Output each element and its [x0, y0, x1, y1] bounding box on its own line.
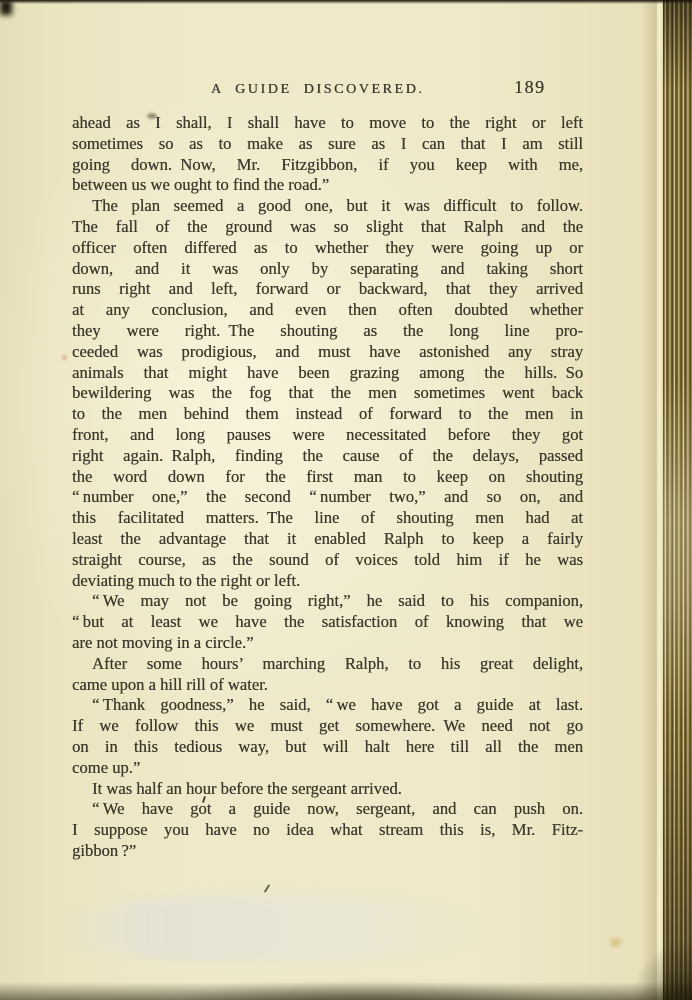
text-line: It was half an hour before the sergeant … [72, 779, 583, 800]
text-line: at any conclusion, and even then often d… [72, 300, 583, 321]
paragraph: The plan seemed a good one, but it was d… [72, 196, 583, 591]
text-line: The plan seemed a good one, but it was d… [72, 196, 583, 217]
text-line: After some hours’ marching Ralph, to his… [72, 654, 583, 675]
paragraph: “ Thank goodness,” he said, “ we have go… [72, 695, 583, 778]
text-line: between us we ought to find the road.” [72, 175, 583, 196]
paragraph: “ We have got a guide now, sergeant, and… [72, 799, 583, 861]
top-edge-line [0, 0, 692, 4]
text-line: “ We have got a guide now, sergeant, and… [72, 799, 583, 820]
text-line: right again. Ralph, finding the cause of… [72, 446, 583, 467]
text-line: on in this tedious way, but will halt he… [72, 737, 583, 758]
book-page-edges-shading [663, 0, 692, 1000]
text-line: bewildering was the fog that the men som… [72, 383, 583, 404]
foxing-spot [62, 355, 67, 360]
text-line: down, and it was only by separating and … [72, 259, 583, 280]
ink-blot [147, 113, 157, 119]
text-line: come up.” [72, 758, 583, 779]
paragraph: ahead as I shall, I shall have to move t… [72, 113, 583, 196]
paragraph: “ We may not be going right,” he said to… [72, 591, 583, 653]
stray-ink-mark [264, 884, 270, 893]
text-line: straight course, as the sound of voices … [72, 550, 583, 571]
paragraph: After some hours’ marching Ralph, to his… [72, 654, 583, 696]
text-line: officer often differed as to whether the… [72, 238, 583, 259]
page-number: 189 [514, 77, 546, 98]
text-line: If we follow this we must get somewhere.… [72, 716, 583, 737]
text-line: this facilitated matters. The line of sh… [72, 508, 583, 529]
text-line: least the advantage that it enabled Ralp… [72, 529, 583, 550]
text-line: they were right. The shouting as the lon… [72, 321, 583, 342]
bottom-shadow [0, 982, 692, 1000]
text-line: deviating much to the right or left. [72, 571, 583, 592]
text-line: sometimes so as to make as sure as I can… [72, 134, 583, 155]
text-line: runs right and left, forward or backward… [72, 279, 583, 300]
text-line: are not moving in a circle.” [72, 633, 583, 654]
text-line: I suppose you have no idea what stream t… [72, 820, 583, 841]
text-line: came upon a hill rill of water. [72, 675, 583, 696]
text-line: “ Thank goodness,” he said, “ we have go… [72, 695, 583, 716]
top-left-corner-shade [0, 0, 12, 15]
text-line: front, and long pauses were necessitated… [72, 425, 583, 446]
text-line: ceeded was prodigious, and must have ast… [72, 342, 583, 363]
paragraph: It was half an hour before the sergeant … [72, 779, 583, 800]
text-line: going down. Now, Mr. Fitzgibbon, if you … [72, 155, 583, 176]
page-edge-shadow [641, 0, 657, 1000]
header-title: A GUIDE DISCOVERED. [211, 82, 424, 98]
text-line: to the men behind them instead of forwar… [72, 404, 583, 425]
page-body: ahead as I shall, I shall have to move t… [72, 113, 583, 862]
text-line: animals that might have been grazing amo… [72, 363, 583, 384]
text-line: gibbon ?” [72, 841, 583, 862]
text-line: “ but at least we have the satisfaction … [72, 612, 583, 633]
text-line: “ number one,” the second “ number two,”… [72, 487, 583, 508]
running-header: A GUIDE DISCOVERED. 189 [0, 0, 692, 110]
foxing-spot [610, 938, 621, 947]
page-edge-highlight [656, 0, 663, 1000]
text-line: “ We may not be going right,” he said to… [72, 591, 583, 612]
text-line: the word down for the first man to keep … [72, 467, 583, 488]
text-line: The fall of the ground was so slight tha… [72, 217, 583, 238]
book-page-scan: A GUIDE DISCOVERED. 189 ahead as I shall… [0, 0, 692, 1000]
scanner-smudge [55, 896, 480, 962]
